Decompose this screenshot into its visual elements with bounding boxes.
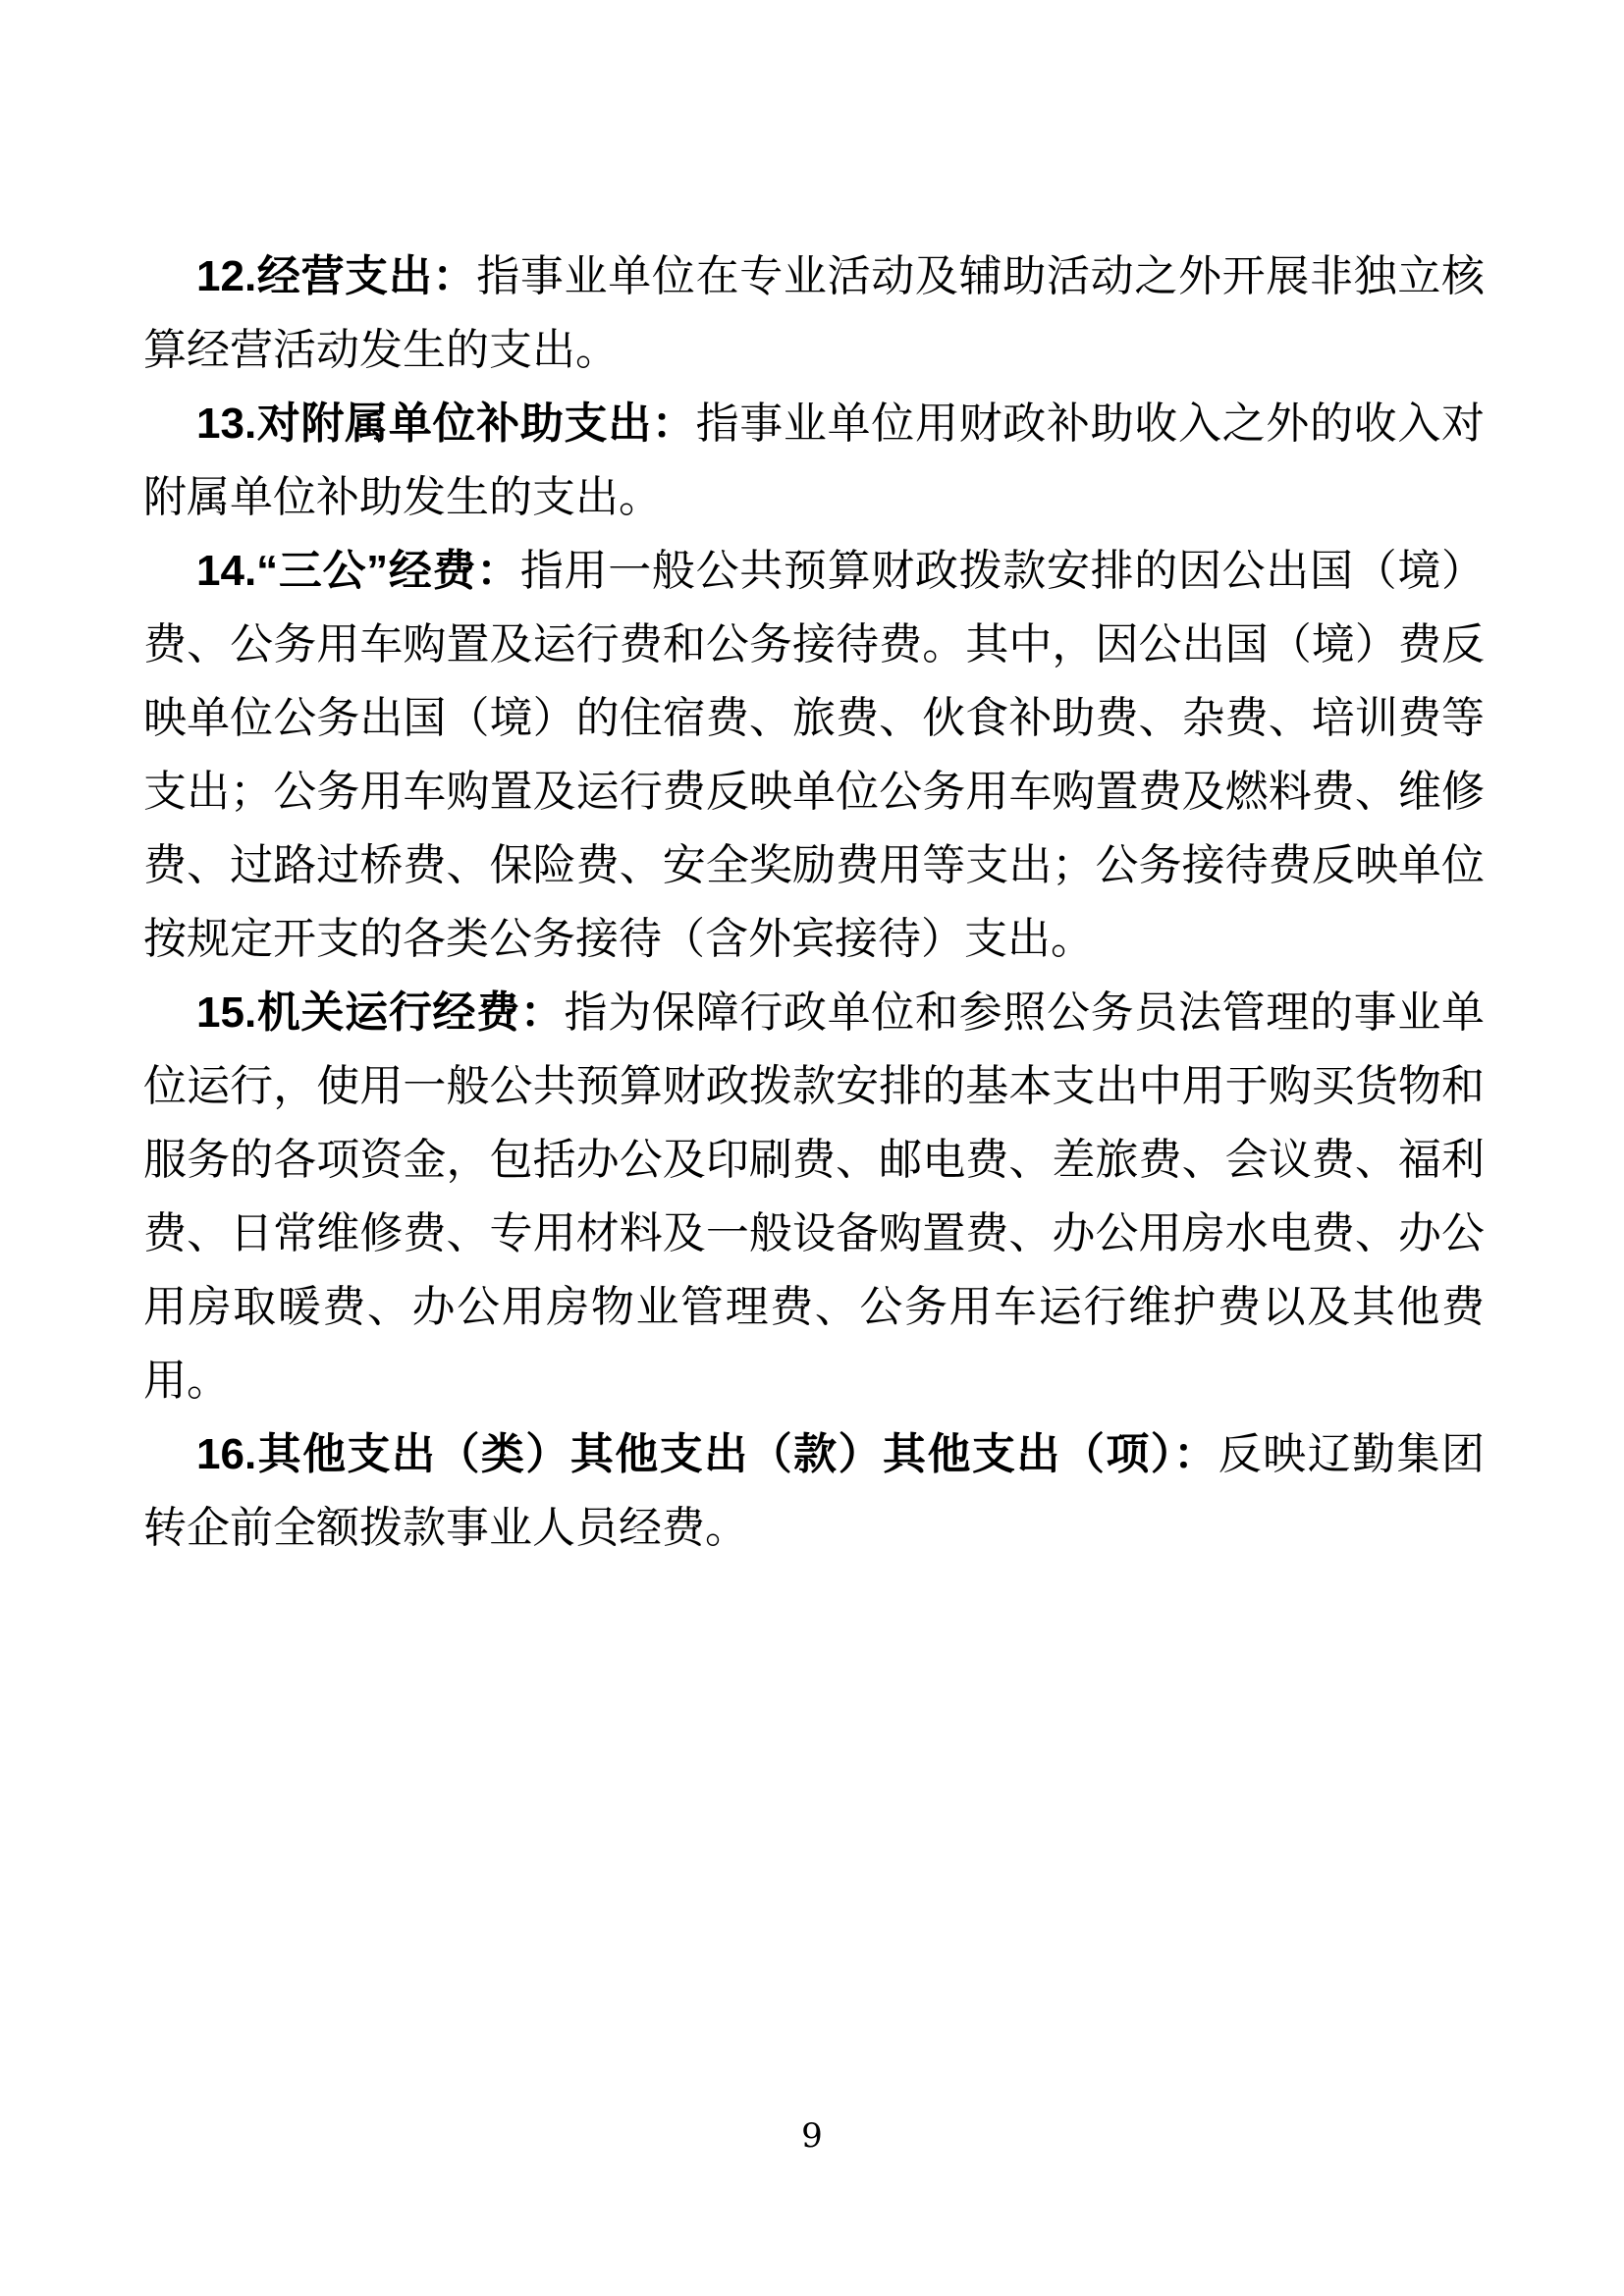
paragraph-16-label: 16.其他支出（类）其他支出（款）其他支出（项）：: [196, 1430, 1218, 1478]
paragraph-15-label: 15.机关运行经费：: [196, 988, 565, 1037]
paragraph-item-16: 16.其他支出（类）其他支出（款）其他支出（项）：反映辽勤集团转企前全额拨款事业…: [143, 1417, 1485, 1565]
paragraph-item-12: 12.经营支出：指事业单位在专业活动及辅助活动之外开展非独立核算经营活动发生的支…: [143, 240, 1485, 387]
paragraph-item-15: 15.机关运行经费：指为保障行政单位和参照公务员法管理的事业单位运行，使用一般公…: [143, 976, 1485, 1417]
paragraph-item-13: 13.对附属单位补助支出：指事业单位用财政补助收入之外的收入对附属单位补助发生的…: [143, 387, 1485, 534]
paragraph-item-14: 14.“三公”经费：指用一般公共预算财政拨款安排的因公出国（境）费、公务用车购置…: [143, 534, 1485, 976]
document-body: 12.经营支出：指事业单位在专业活动及辅助活动之外开展非独立核算经营活动发生的支…: [143, 240, 1485, 1565]
page-number: 9: [0, 2112, 1624, 2160]
document-page: 12.经营支出：指事业单位在专业活动及辅助活动之外开展非独立核算经营活动发生的支…: [0, 0, 1624, 2296]
paragraph-14-text: 指用一般公共预算财政拨款安排的因公出国（境）费、公务用车购置及运行费和公务接待费…: [143, 546, 1485, 964]
paragraph-13-label: 13.对附属单位补助支出：: [196, 400, 696, 448]
paragraph-14-label: 14.“三公”经费：: [196, 547, 520, 595]
paragraph-15-text: 指为保障行政单位和参照公务员法管理的事业单位运行，使用一般公共预算财政拨款安排的…: [143, 988, 1485, 1406]
paragraph-12-label: 12.经营支出：: [196, 252, 476, 300]
